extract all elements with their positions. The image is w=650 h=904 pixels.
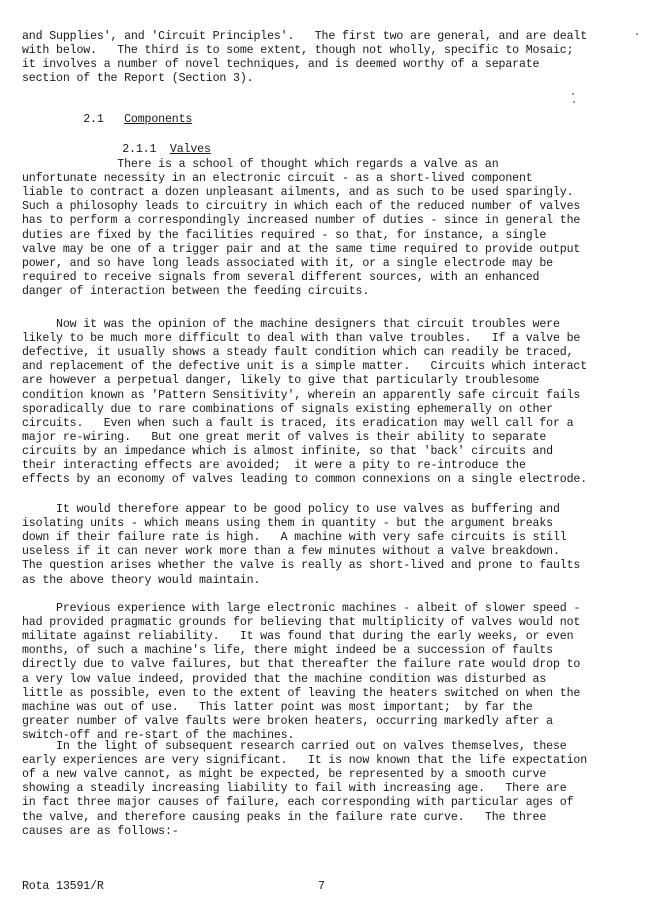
- text-line: Previous experience with large electroni…: [22, 602, 580, 616]
- text-line: required to receive signals from several…: [22, 271, 539, 285]
- text-line: had provided pragmatic grounds for belie…: [22, 616, 580, 630]
- text-line: causes are as follows:-: [22, 825, 179, 839]
- text-line: of a new valve cannot, as might be expec…: [22, 768, 546, 782]
- text-line: liable to contract a dozen unpleasant ai…: [22, 186, 573, 200]
- text-line: early experiences are very significant. …: [22, 754, 587, 768]
- text-line: danger of interaction between the feedin…: [22, 285, 369, 299]
- text-line: Such a philosophy leads to circuitry in …: [22, 200, 580, 214]
- subsection-number: 2.1.1: [122, 143, 156, 157]
- text-line: machine was out of use. This latter poin…: [22, 701, 533, 715]
- text-line: little as possible, even to the extent o…: [22, 687, 580, 701]
- text-line: a very low value indeed, provided that t…: [22, 673, 546, 687]
- text-line: and replacement of the defective unit is…: [22, 360, 587, 374]
- text-line: unfortunate necessity in an electronic c…: [22, 172, 533, 186]
- footer-reference: Rota 13591/R: [22, 880, 104, 894]
- text-line: power, and so have long leads associated…: [22, 257, 553, 271]
- text-line: condition known as 'Pattern Sensitivity'…: [22, 389, 580, 403]
- text-line: the valve, and therefore causing peaks i…: [22, 811, 546, 825]
- text-line: Now it was the opinion of the machine de…: [22, 318, 560, 332]
- scan-speck: [573, 101, 575, 103]
- text-line: their interacting effects are avoided; i…: [22, 459, 526, 473]
- text-line: in fact three major causes of failure, e…: [22, 796, 573, 810]
- text-line: There is a school of thought which regar…: [22, 158, 499, 172]
- section-title: Components: [124, 113, 192, 126]
- text-line: duties are fixed by the facilities requi…: [22, 229, 546, 243]
- text-line: as the above theory would maintain.: [22, 574, 260, 588]
- text-line: militate against reliability. It was fou…: [22, 630, 573, 644]
- text-line: valve may be one of a trigger pair and a…: [22, 243, 580, 257]
- text-line: likely to be much more difficult to deal…: [22, 332, 580, 346]
- text-line: greater number of valve faults were brok…: [22, 715, 553, 729]
- section-number: 2.1: [83, 113, 103, 127]
- text-line: In the light of subsequent research carr…: [22, 740, 567, 754]
- text-line: and Supplies', and 'Circuit Principles'.…: [22, 30, 587, 44]
- text-line: major re-wiring. But one great merit of …: [22, 431, 546, 445]
- text-line: circuits by an impedance which is almost…: [22, 445, 553, 459]
- text-line: The question arises whether the valve is…: [22, 559, 580, 573]
- text-line: It would therefore appear to be good pol…: [22, 503, 560, 517]
- text-line: effects by an economy of valves leading …: [22, 473, 587, 487]
- document-page: and Supplies', and 'Circuit Principles'.…: [0, 0, 650, 904]
- text-line: months, of such a machine's life, there …: [22, 644, 553, 658]
- text-line: has to perform a correspondingly increas…: [22, 214, 580, 228]
- text-line: sporadically due to rare combinations of…: [22, 403, 553, 417]
- text-line: with below. The third is to some extent,…: [22, 44, 573, 58]
- page-number: 7: [318, 880, 325, 894]
- text-line: defective, it usually shows a steady fau…: [22, 346, 573, 360]
- text-line: useless if it can never work more than a…: [22, 545, 560, 559]
- subsection-title: Valves: [170, 143, 211, 156]
- scan-speck: [572, 93, 574, 95]
- text-line: showing a steadily increasing liability …: [22, 782, 567, 796]
- text-line: down if their failure rate is high. A ma…: [22, 531, 567, 545]
- scan-speck: [636, 33, 638, 35]
- text-line: directly due to valve failures, but that…: [22, 658, 580, 672]
- text-line: it involves a number of novel techniques…: [22, 58, 539, 72]
- text-line: isolating units - which means using them…: [22, 517, 553, 531]
- text-line: are however a perpetual danger, likely t…: [22, 374, 539, 388]
- text-line: section of the Report (Section 3).: [22, 72, 253, 86]
- text-line: circuits. Even when such a fault is trac…: [22, 417, 573, 431]
